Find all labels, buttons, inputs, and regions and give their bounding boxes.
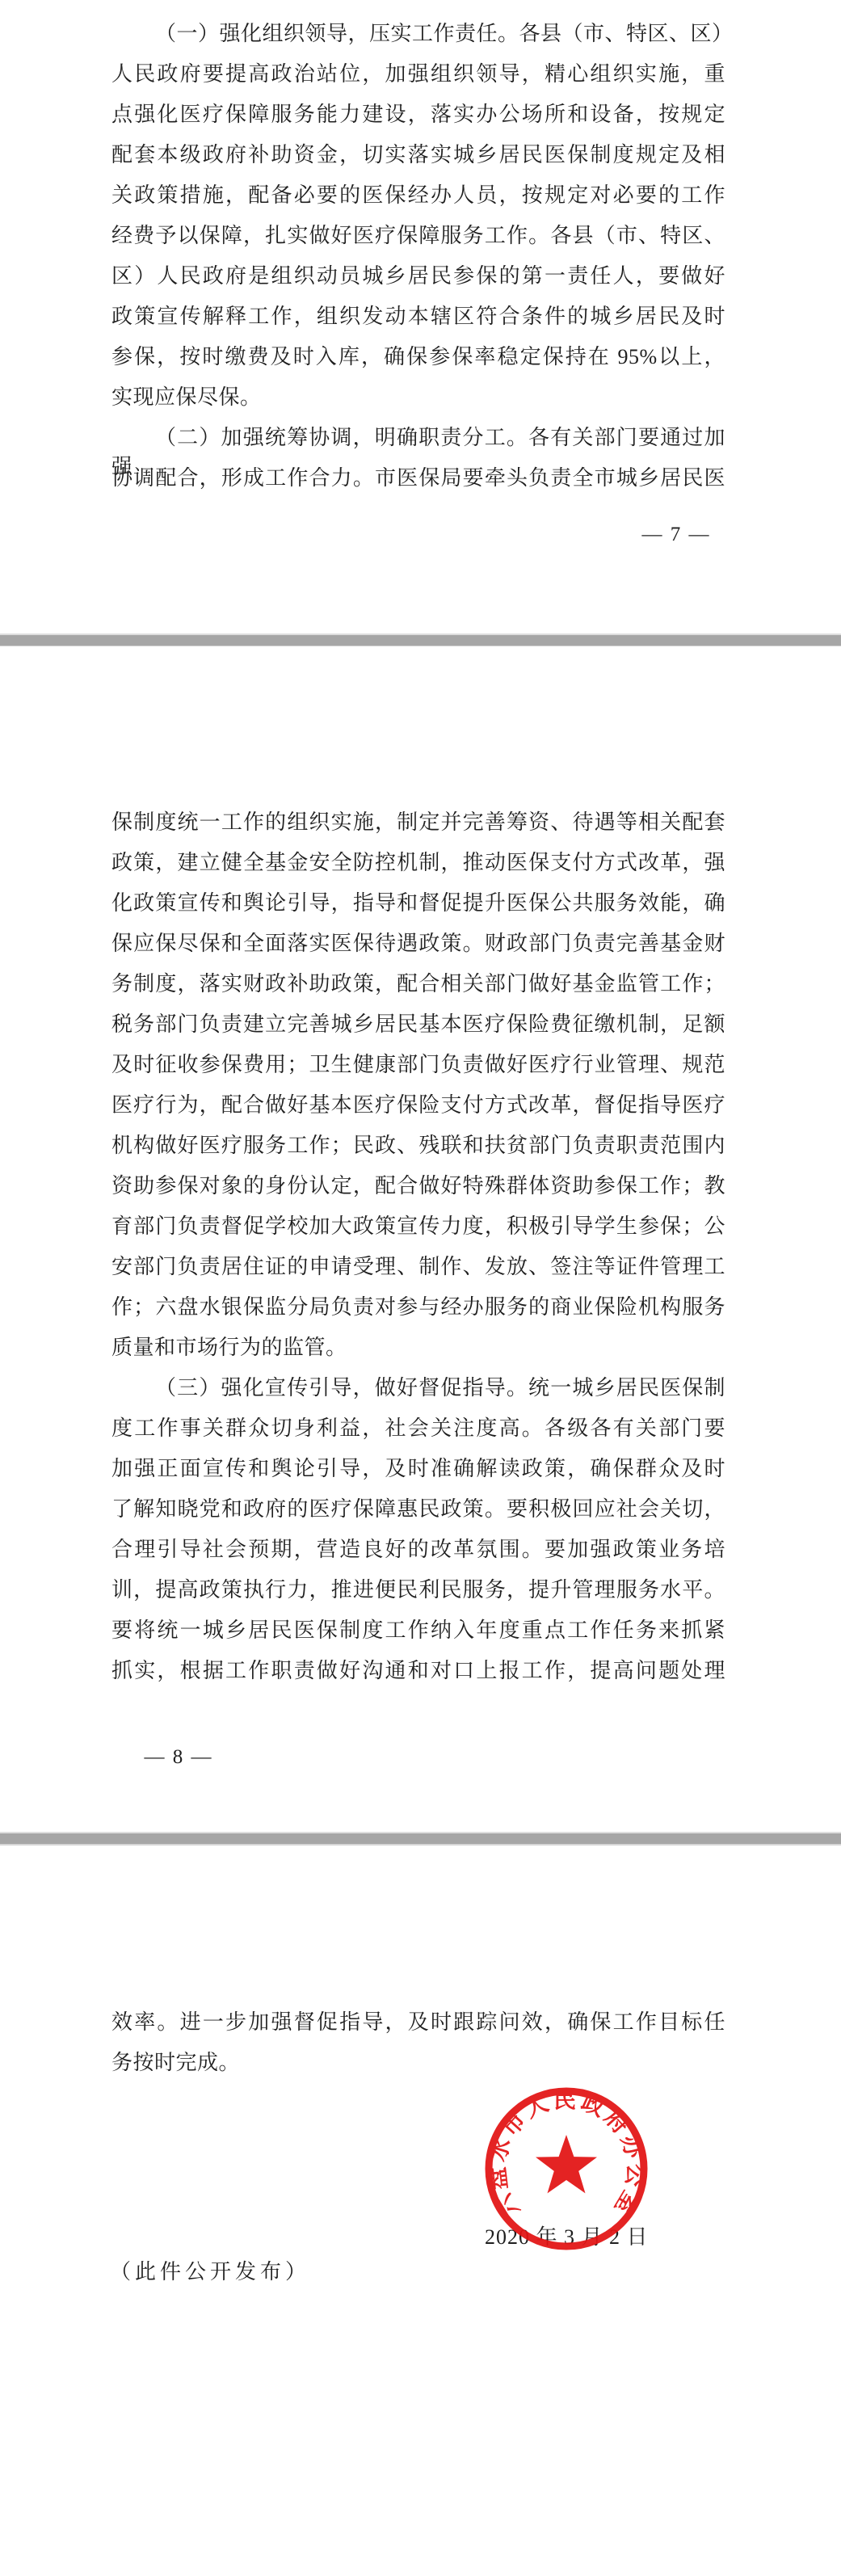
text-line: 加强正面宣传和舆论引导，及时准确解读政策，确保群众及时: [111, 1454, 725, 1487]
government-seal: 六盘水市人民政府办公室: [481, 2083, 652, 2254]
text-line: 化政策宣传和舆论引导，指导和督促提升医保公共服务效能，确: [111, 889, 725, 921]
text-line: 参保，按时缴费及时入库，确保参保率稳定保持在 95%以上，: [111, 343, 725, 375]
page-number: — 7 —: [632, 521, 721, 549]
text-line: 训，提高政策执行力，推进便民利民服务，提升管理服务水平。: [111, 1576, 725, 1608]
text-line: 协调配合，形成工作合力。市医保局要牵头负责全市城乡居民医: [111, 464, 725, 496]
star-icon: [536, 2135, 597, 2193]
page-9: 效率。进一步加强督促指导，及时跟踪问效，确保工作目标任 务按时完成。 2020 …: [0, 1846, 841, 2576]
text-line: 配套本级政府补助资金，切实落实城乡居民医保制度规定及相: [111, 141, 725, 173]
text-line: 人民政府要提高政治站位，加强组织领导，精心组织实施，重: [111, 60, 725, 92]
text-line: 保应保尽保和全面落实医保待遇政策。财政部门负责完善基金财: [111, 929, 725, 962]
text-line: 度工作事关群众切身利益，社会关注度高。各级各有关部门要: [111, 1414, 725, 1446]
text-line: 质量和市场行为的监管。: [111, 1333, 725, 1366]
text-line: 保制度统一工作的组织实施，制定并完善筹资、待遇等相关配套: [111, 808, 725, 840]
text-line: 关政策措施，配备必要的医保经办人员，按规定对必要的工作: [111, 181, 725, 213]
text-line: 政策，建立健全基金安全防控机制，推动医保支付方式改革，强: [111, 848, 725, 881]
text-line: 务按时完成。: [111, 2048, 725, 2081]
text-line: 育部门负责督促学校加大政策宣传力度，积极引导学生参保；公: [111, 1212, 725, 1244]
text-line: 作；六盘水银保监分局负责对参与经办服务的商业保险机构服务: [111, 1293, 725, 1325]
public-release-note: （此件公开发布）: [110, 2258, 352, 2286]
text-line: 合理引导社会预期，营造良好的改革氛围。要加强政策业务培: [111, 1535, 725, 1568]
text-line: 机构做好医疗服务工作；民政、残联和扶贫部门负责职责范围内: [111, 1131, 725, 1164]
page-7: （一）强化组织领导，压实工作责任。各县（市、特区、区） 人民政府要提高政治站位，…: [0, 0, 841, 633]
text-line: 安部门负责居住证的申请受理、制作、发放、签注等证件管理工: [111, 1252, 725, 1285]
page-8: 保制度统一工作的组织实施，制定并完善筹资、待遇等相关配套 政策，建立健全基金安全…: [0, 646, 841, 1833]
text-line: 务制度，落实财政补助政策，配合相关部门做好基金监管工作；: [111, 970, 725, 1002]
text-line: 实现应保尽保。: [111, 383, 725, 415]
text-line: 及时征收参保费用；卫生健康部门负责做好医疗行业管理、规范: [111, 1050, 725, 1083]
text-line: 税务部门负责建立完善城乡居民基本医疗保险费征缴机制，足额: [111, 1010, 725, 1042]
text-line: 经费予以保障，扎实做好医疗保障服务工作。各县（市、特区、: [111, 221, 725, 254]
text-line: 了解知晓党和政府的医疗保障惠民政策。要积极回应社会关切，: [111, 1495, 725, 1527]
text-line: （二）加强统筹协调，明确职责分工。各有关部门要通过加强: [111, 423, 725, 456]
text-line: 点强化医疗保障服务能力建设，落实办公场所和设备，按规定: [111, 100, 725, 133]
text-line: （一）强化组织领导，压实工作责任。各县（市、特区、区）: [111, 19, 725, 52]
text-line: （三）强化宣传引导，做好督促指导。统一城乡居民医保制: [111, 1374, 725, 1406]
text-line: 要将统一城乡居民医保制度工作纳入年度重点工作任务来抓紧: [111, 1616, 725, 1648]
text-line: 效率。进一步加强督促指导，及时跟踪问效，确保工作目标任: [111, 2008, 725, 2040]
page-separator: [0, 1832, 841, 1846]
page-number: — 8 —: [134, 1744, 223, 1771]
text-line: 资助参保对象的身份认定，配合做好特殊群体资助参保工作；教: [111, 1172, 725, 1204]
text-line: 政策宣传解释工作，组织发动本辖区符合条件的城乡居民及时: [111, 302, 725, 335]
text-line: 抓实，根据工作职责做好沟通和对口上报工作，提高问题处理: [111, 1656, 725, 1689]
text-line: 区）人民政府是组织动员城乡居民参保的第一责任人，要做好: [111, 262, 725, 294]
text-line: 医疗行为，配合做好基本医疗保险支付方式改革，督促指导医疗: [111, 1091, 725, 1123]
document-viewer: （一）强化组织领导，压实工作责任。各县（市、特区、区） 人民政府要提高政治站位，…: [0, 0, 841, 2576]
